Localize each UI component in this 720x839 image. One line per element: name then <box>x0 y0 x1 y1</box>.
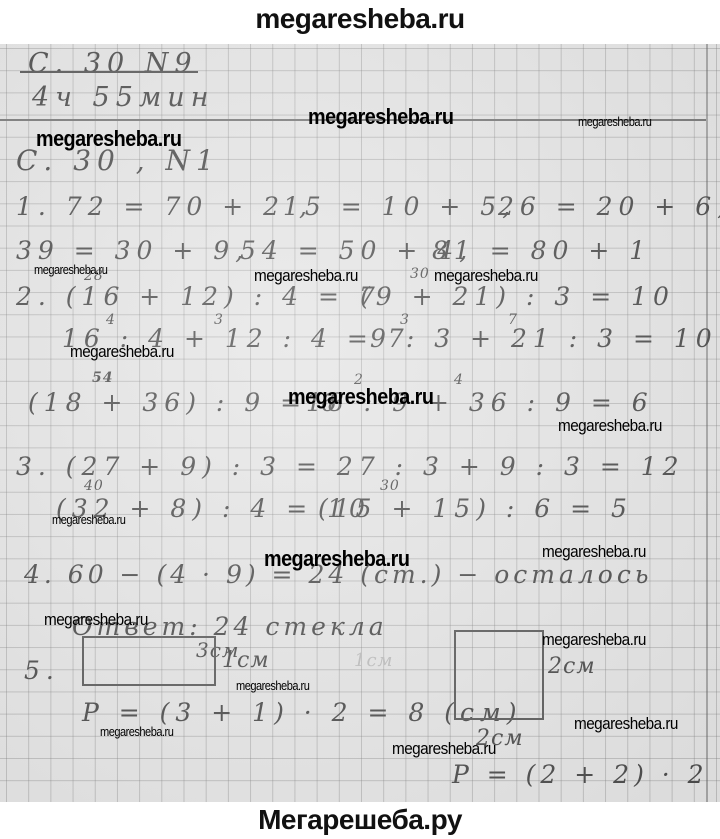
watermark: megaresheba.ru <box>70 342 174 362</box>
task-1-eq-1: 1. 72 = 70 + 2 , <box>16 192 313 221</box>
note-30: 30 <box>410 266 430 282</box>
site-header: megaresheba.ru <box>0 0 720 44</box>
task-2-line-1-right: (9 + 21) : 3 = 10 <box>360 282 675 311</box>
task-2-line-2-right: 9 : 3 + 21 : 3 = 10 <box>370 324 718 353</box>
task-2-line-1-left: 2. (16 + 12) : 4 = 7 <box>16 282 381 311</box>
task-1-eq-3: 26 = 20 + 6, <box>498 192 720 221</box>
margin-line <box>706 44 708 802</box>
task-1-eq-4: 39 = 30 + 9, <box>16 236 249 265</box>
watermark: megaresheba.ru <box>558 416 662 436</box>
formula-2: P = (2 + 2) · 2 = 8 (см) <box>452 760 720 789</box>
watermark: megaresheba.ru <box>542 630 646 650</box>
watermark: megaresheba.ru <box>434 266 538 286</box>
watermark: megaresheba.ru <box>392 739 496 759</box>
rect-1-height-label: 1см <box>222 648 270 673</box>
rect-1-faint-label: 1см <box>354 650 393 671</box>
watermark: megaresheba.ru <box>308 104 453 130</box>
watermark: megaresheba.ru <box>542 542 646 562</box>
task-1-eq-2: 15 = 10 + 5, <box>283 192 516 221</box>
watermark: megaresheba.ru <box>44 610 148 630</box>
watermark: megaresheba.ru <box>288 384 433 410</box>
watermark: megaresheba.ru <box>254 266 358 286</box>
note-40: 40 <box>84 478 104 494</box>
watermark: megaresheba.ru <box>100 724 173 739</box>
watermark: megaresheba.ru <box>34 262 107 277</box>
heading-underline <box>20 71 198 73</box>
note-54: 54 <box>92 370 113 386</box>
rect-2-side-label: 2см <box>548 654 596 679</box>
task-3-line-1: 3. (27 + 9) : 3 = 27 : 3 + 9 : 3 = 12 <box>16 452 685 481</box>
square-2x2 <box>454 630 544 720</box>
task-1-eq-6: 81 = 80 + 1 <box>432 236 651 265</box>
watermark: megaresheba.ru <box>578 114 651 129</box>
watermark: megaresheba.ru <box>574 714 678 734</box>
section-1-heading: С. 30 N9 <box>28 48 198 79</box>
notebook-page: С. 30 N9 4ч 55мин С. 30 , N1 1. 72 = 70 … <box>0 44 720 802</box>
watermark: megaresheba.ru <box>264 546 409 572</box>
note-30b: 30 <box>380 478 400 494</box>
task-5-label: 5. <box>24 656 60 685</box>
note-4b: 4 <box>454 372 464 388</box>
watermark: megaresheba.ru <box>36 126 181 152</box>
watermark: megaresheba.ru <box>236 678 309 693</box>
site-footer: Мегарешеба.ру <box>0 802 720 839</box>
watermark: megaresheba.ru <box>52 512 125 527</box>
task-3-line-2-right: (15 + 15) : 6 = 5 <box>318 494 633 523</box>
section-1-answer: 4ч 55мин <box>32 82 214 113</box>
rectangle-3x1 <box>82 636 216 686</box>
